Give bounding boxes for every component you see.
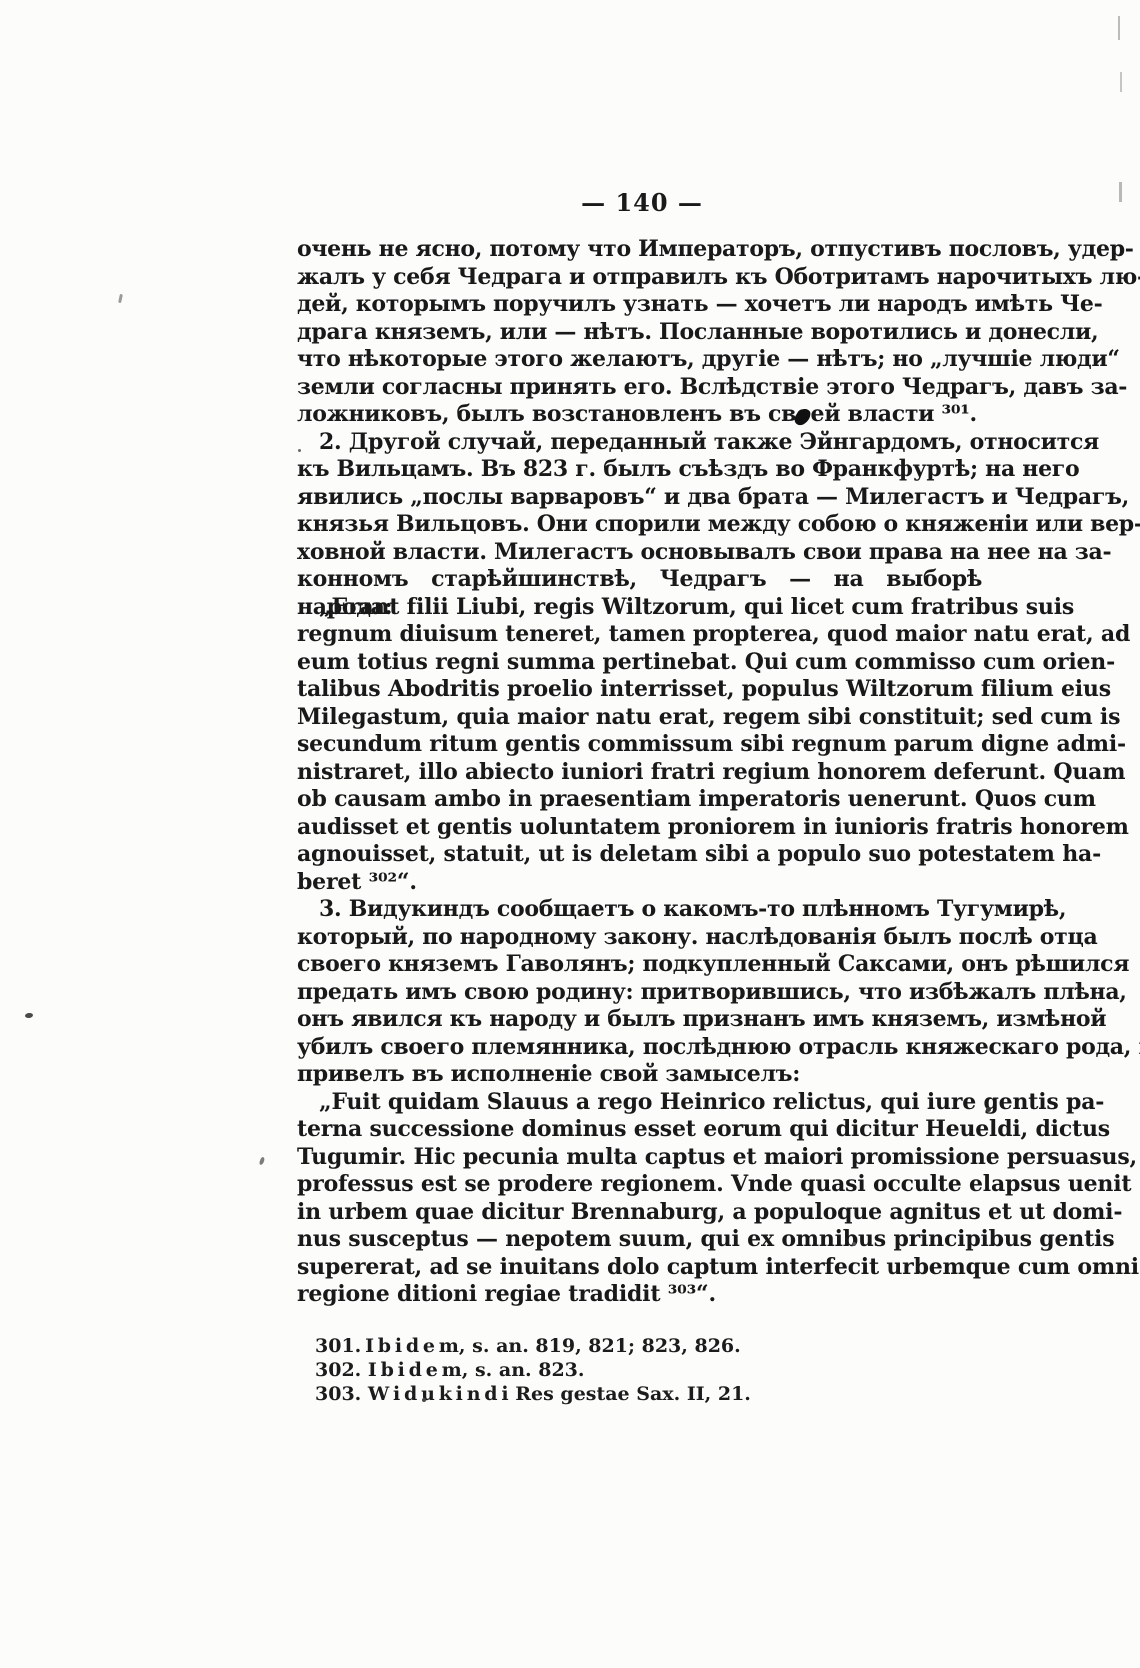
footnote-302: 302. I b i d e m, s. an. 823.: [315, 1358, 955, 1382]
text-line: „Erant filii Liubi, regis Wiltzorum, qui…: [297, 594, 982, 622]
scan-speck-artifact: [298, 449, 301, 452]
text-line: nus susceptus — nepotem suum, qui ex omn…: [297, 1226, 982, 1254]
latin-quotation-1: „Erant filii Liubi, regis Wiltzorum, qui…: [297, 594, 982, 897]
scan-edge-artifact: [1120, 72, 1122, 92]
scan-speck-artifact: [118, 294, 123, 303]
text-line: eum totius regni summa pertinebat. Qui c…: [297, 649, 982, 677]
scan-edge-artifact: [1118, 16, 1120, 40]
text-line: „Fuit quidam Slauus a rego Heinrico reli…: [297, 1089, 982, 1117]
text-line: ложниковъ, былъ возстановленъ въ своей в…: [297, 401, 982, 429]
text-line: nistraret, illo abiecto iuniori fratri r…: [297, 759, 982, 787]
text-block: очень не ясно, потому что Императоръ, от…: [297, 236, 982, 1309]
text-line: который, по народному закону. наслѣдован…: [297, 924, 982, 952]
scan-speck-artifact: [259, 1157, 265, 1166]
text-line: очень не ясно, потому что Императоръ, от…: [297, 236, 982, 264]
text-line: agnouisset, statuit, ut is deletam sibi …: [297, 841, 982, 869]
text-line: что нѣкоторые этого желаютъ, другіе — нѣ…: [297, 346, 982, 374]
text-line: дей, которымъ поручилъ узнать — хочетъ л…: [297, 291, 982, 319]
paragraph-2: 2. Другой случай, переданный также Эйнга…: [297, 429, 982, 594]
scan-speck-artifact: [25, 1012, 34, 1018]
text-line: Milegastum, quia maior natu erat, regem …: [297, 704, 982, 732]
footnotes-block: 301. I b i d e m, s. an. 819, 821; 823, …: [315, 1334, 955, 1406]
text-line: in urbem quae dicitur Brennaburg, a popu…: [297, 1199, 982, 1227]
footnote-303: 303. W i d u k i n d i Res gestae Sax. I…: [315, 1382, 955, 1406]
text-line: ховной власти. Милегастъ основывалъ свои…: [297, 539, 982, 567]
text-line: regione ditioni regiae tradidit ³⁰³“.: [297, 1281, 982, 1309]
text-line: онъ явился къ народу и былъ признанъ имъ…: [297, 1006, 982, 1034]
text-line: ob causam ambo in praesentiam imperatori…: [297, 786, 982, 814]
text-line: 3. Видукиндъ сообщаетъ о какомъ-то плѣнн…: [297, 896, 982, 924]
text-line: явились „послы варваровъ“ и два брата — …: [297, 484, 982, 512]
text-line: secundum ritum gentis commissum sibi reg…: [297, 731, 982, 759]
text-line: regnum diuisum teneret, tamen propterea,…: [297, 621, 982, 649]
text-line: terna successione dominus esset eorum qu…: [297, 1116, 982, 1144]
text-line: драга княземъ, или — нѣтъ. Посланные вор…: [297, 319, 982, 347]
text-line: professus est se prodere regionem. Vnde …: [297, 1171, 982, 1199]
paragraph-3: 3. Видукиндъ сообщаетъ о какомъ-то плѣнн…: [297, 896, 982, 1089]
text-line: привелъ въ исполненіе свой замыселъ:: [297, 1061, 982, 1089]
scan-speck-artifact: [422, 1398, 426, 1402]
text-line: 2. Другой случай, переданный также Эйнга…: [297, 429, 982, 457]
scan-speck-artifact: [986, 1107, 991, 1112]
paragraph-1: очень не ясно, потому что Императоръ, от…: [297, 236, 982, 429]
text-line: Tugumir. Hic pecunia multa captus et mai…: [297, 1144, 982, 1172]
text-line: beret ³⁰²“.: [297, 869, 982, 897]
scanned-book-page: — 140 — очень не ясно, потому что Импера…: [0, 0, 1140, 1668]
text-line: предать имъ свою родину: притворившись, …: [297, 979, 982, 1007]
text-line: убилъ своего племянника, послѣднюю отрас…: [297, 1034, 982, 1062]
footnote-301: 301. I b i d e m, s. an. 819, 821; 823, …: [315, 1334, 955, 1358]
scan-edge-artifact: [1119, 182, 1122, 202]
scan-speck-artifact: [852, 1242, 856, 1246]
page-number-header: — 140 —: [0, 188, 1140, 217]
text-line: talibus Abodritis proelio interrisset, p…: [297, 676, 982, 704]
text-line: supererat, ad se inuitans dolo captum in…: [297, 1254, 982, 1282]
text-line: конномъ старѣйшинствѣ, Чедрагъ — на выбо…: [297, 566, 982, 594]
text-line: жалъ у себя Чедрага и отправилъ къ Оботр…: [297, 264, 982, 292]
text-line: земли согласны принять его. Вслѣдствіе э…: [297, 374, 982, 402]
latin-quotation-2: „Fuit quidam Slauus a rego Heinrico reli…: [297, 1089, 982, 1309]
text-line: къ Вильцамъ. Въ 823 г. былъ съѣздъ во Фр…: [297, 456, 982, 484]
text-line: своего княземъ Гаволянъ; подкупленный Са…: [297, 951, 982, 979]
text-line: audisset et gentis uoluntatem proniorem …: [297, 814, 982, 842]
text-line: князья Вильцовъ. Они спорили между собою…: [297, 511, 982, 539]
